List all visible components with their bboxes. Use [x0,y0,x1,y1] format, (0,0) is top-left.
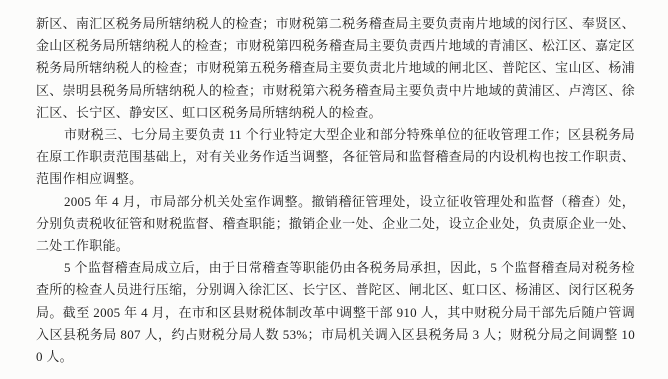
paragraph-2005-adjustment: 2005 年 4 月，市局部分机关处室作调整。撤销稽征管理处，设立征收管理处和监… [36,191,635,258]
paragraph-bureau-duties: 市财税三、七分局主要负责 11 个行业特定大型企业和部分特殊单位的征收管理工作；… [36,124,635,191]
paragraph-supervision-bureaus: 5 个监督稽查局成立后，由于日常稽查等职能仍由各税务局承担，因此，5 个监督稽查… [36,257,635,368]
document-page: 新区、南汇区税务局所辖纳税人的检查；市财税第二税务稽查局主要负责南片地域的闵行区… [0,0,668,379]
paragraph-continuation: 新区、南汇区税务局所辖纳税人的检查；市财税第二税务稽查局主要负责南片地域的闵行区… [36,13,635,124]
